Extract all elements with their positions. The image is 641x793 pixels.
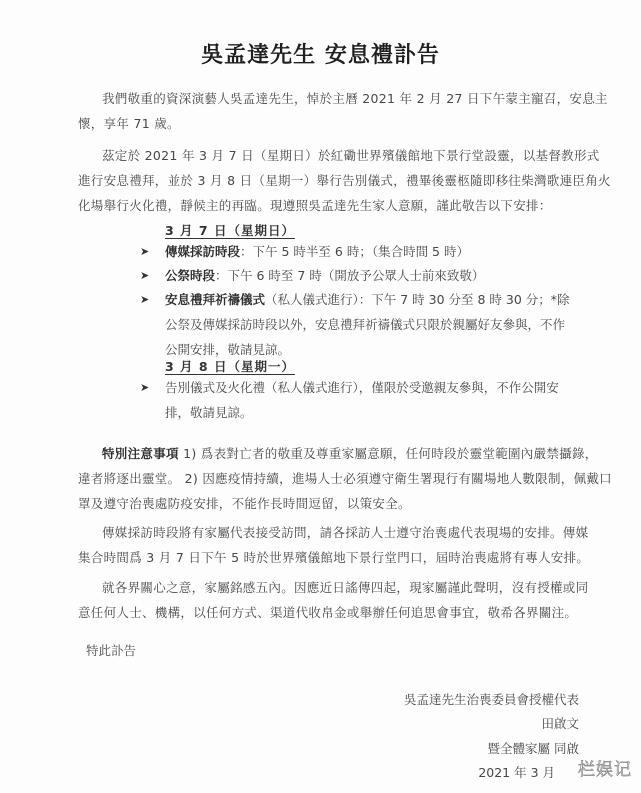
schedule-item-text: 告別儀式及火化禮（私人儀式進行），僅限於受邀親友參與，不作公開安: [165, 375, 580, 400]
schedule-item-label: 安息禮拜祈禱儀式: [165, 292, 265, 307]
document-title: 吳孟達先生 安息禮訃告: [0, 38, 641, 69]
schedule-item-text: ：下午 5 時半至 6 時；（集合時間 5 時）: [240, 244, 469, 259]
schedule-item-text: （私人儀式進行）：下午 7 時 30 分至 8 時 30 分；*除: [265, 292, 570, 307]
signature-committee: 吳孟達先生治喪委員會授權代表: [404, 690, 579, 708]
obituary-document: 吳孟達先生 安息禮訃告 我們敬重的資深演藝人吳孟達先生，悼於主曆 2021 年 …: [0, 0, 641, 793]
arrow-bullet-icon: ➤: [140, 263, 149, 288]
arrangement-line-3: 化場舉行火化禮，靜候主的再臨。現遵照吳孟達先生家人意願，謹此敬告以下安排：: [78, 193, 578, 218]
schedule-item-text: 公祭及傳媒採訪時段以外，安息禮拜祈禱儀式只限於親屬好友參與，不作: [165, 312, 580, 337]
arrangement-paragraph: 茲定於 2021 年 3 月 7 日（星期日）於紅磡世界殯儀館地下景行堂設靈，以…: [78, 143, 578, 218]
arrow-bullet-icon: ➤: [140, 375, 149, 400]
media-line-2: 集合時間爲 3 月 7 日下午 5 時於世界殯儀館地下景行堂門口，屆時治喪處將有…: [78, 545, 578, 570]
schedule-item-farewell-cremation: ➤ 告別儀式及火化禮（私人儀式進行），僅限於受邀親友參與，不作公開安 排，敬請見…: [140, 375, 580, 425]
media-paragraph: 傳媒採訪時段將有家屬代表接受訪問，請各採訪人士遵守治喪處代表現場的安排。傳媒 集…: [78, 520, 578, 570]
schedule-item-text: 排，敬請見諒。: [165, 400, 580, 425]
signature-representative: 田啟文: [541, 714, 579, 732]
schedule-item-label: 傳媒採訪時段: [165, 244, 240, 259]
special-notice-label: 特別注意事項: [102, 446, 179, 461]
intro-paragraph: 我們敬重的資深演藝人吳孟達先生，悼於主曆 2021 年 2 月 27 日下午蒙主…: [78, 86, 578, 136]
closing-remark: 特此訃告: [86, 641, 136, 659]
statement-paragraph: 就各界關心之意，家屬銘感五內。因應近日謠傳四起，現家屬謹此聲明，沒有授權或同 意…: [78, 575, 578, 625]
watermark-logo: 栏娱记: [578, 755, 632, 780]
special-notice-line-1: 1) 爲表對亡者的敬重及尊重家屬意願，任何時段於靈堂範圍內嚴禁攝錄，: [179, 446, 598, 461]
arrangement-line-1: 茲定於 2021 年 3 月 7 日（星期日）於紅磡世界殯儀館地下景行堂設靈，以…: [102, 148, 600, 163]
schedule-item-prayer-service: ➤ 安息禮拜祈禱儀式（私人儀式進行）：下午 7 時 30 分至 8 時 30 分…: [140, 287, 580, 362]
statement-line-2: 意任何人士、機構，以任何方式、渠道代收帛金或舉辦任何追思會事宜，敬希各界關注。: [78, 600, 578, 625]
special-notice-line-3: 罩及遵守治喪處防疫安排，不能作長時間逗留，以策安全。: [78, 491, 578, 516]
special-notice-line-2: 違者將逐出靈堂。 2) 因應疫情持續，進場人士必須遵守衛生署現行有關場地人數限制…: [78, 466, 578, 491]
signature-family: 暨全體家屬 同啟: [488, 739, 579, 757]
schedule-item-label: 公祭時段: [165, 268, 215, 283]
media-line-1: 傳媒採訪時段將有家屬代表接受訪問，請各採訪人士遵守治喪處代表現場的安排。傳媒: [102, 525, 588, 540]
signature-date: 2021 年 3 月: [478, 763, 555, 781]
schedule-date-heading-mar8: 3 月 8 日（星期一）: [165, 357, 295, 375]
arrow-bullet-icon: ➤: [140, 239, 149, 264]
statement-line-1: 就各界關心之意，家屬銘感五內。因應近日謠傳四起，現家屬謹此聲明，沒有授權或同: [102, 580, 588, 595]
schedule-item-text: ：下午 6 時至 7 時（開放予公眾人士前來致敬）: [215, 268, 484, 283]
intro-line-2: 懷，享年 71 歲。: [78, 111, 578, 136]
schedule-date-heading-mar7: 3 月 7 日（星期日）: [165, 221, 295, 239]
arrangement-line-2: 進行安息禮拜，並於 3 月 8 日（星期一）舉行告別儀式，禮畢後靈柩隨即移往柴灣…: [78, 168, 578, 193]
schedule-item-media: ➤ 傳媒採訪時段：下午 5 時半至 6 時；（集合時間 5 時）: [140, 239, 580, 264]
special-notice-paragraph: 特別注意事項 1) 爲表對亡者的敬重及尊重家屬意願，任何時段於靈堂範圍內嚴禁攝錄…: [78, 441, 578, 516]
intro-line-1: 我們敬重的資深演藝人吳孟達先生，悼於主曆 2021 年 2 月 27 日下午蒙主…: [102, 91, 608, 106]
arrow-bullet-icon: ➤: [140, 287, 149, 312]
schedule-item-public-memorial: ➤ 公祭時段：下午 6 時至 7 時（開放予公眾人士前來致敬）: [140, 263, 580, 288]
